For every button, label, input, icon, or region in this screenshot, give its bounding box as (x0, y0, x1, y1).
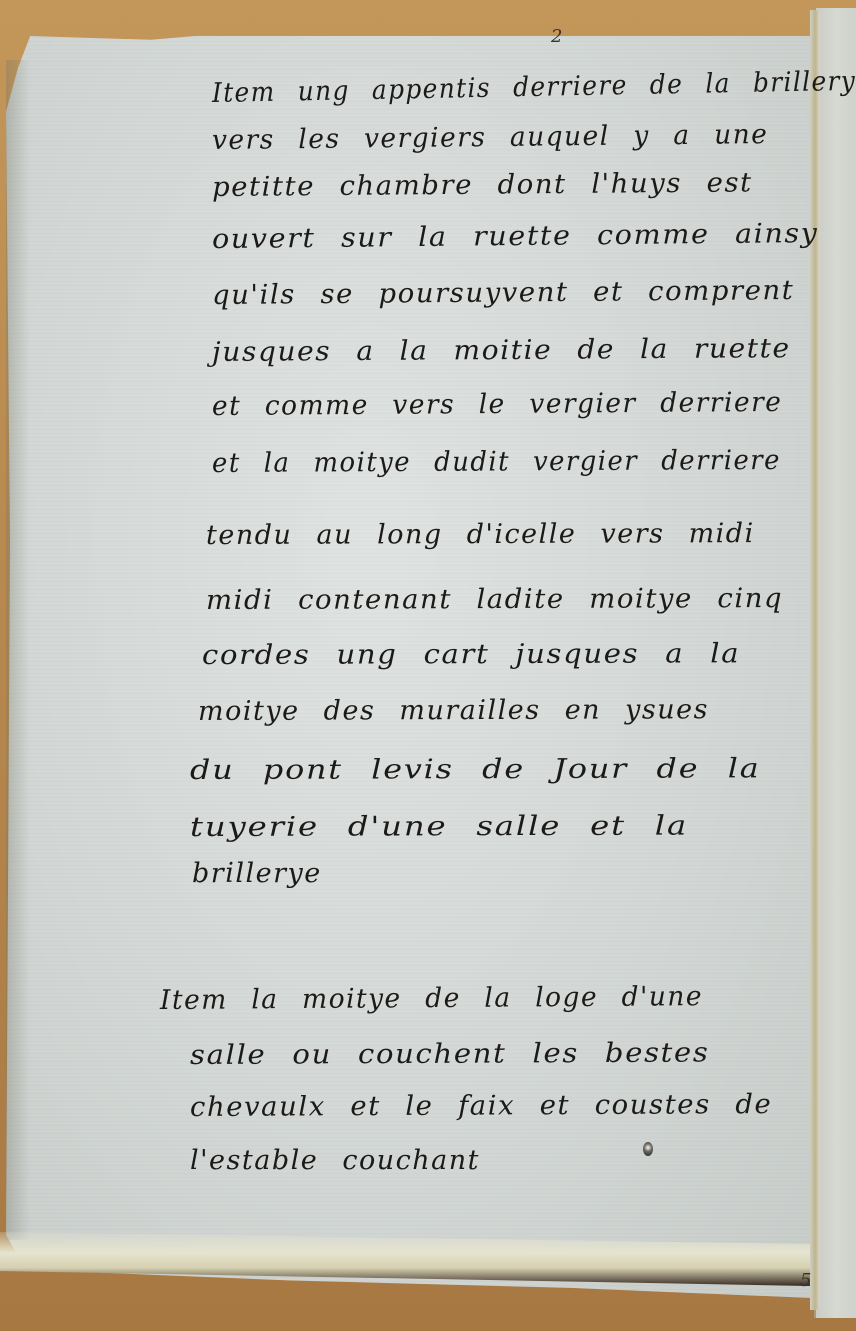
paragraph-1-line-8: et la moitye dudit vergier derriere (212, 445, 781, 479)
paragraph-2-line-1: Item la moitye de la loge d'une (160, 981, 703, 1016)
paragraph-1-line-6: jusques a la moitie de la ruette (212, 333, 791, 368)
paragraph-1-line-12: moitye des murailles en ysues (198, 694, 709, 727)
paragraph-1-line-2: vers les vergiers auquel y a une (212, 119, 769, 156)
top-mark: 2 (551, 26, 562, 47)
paragraph-1-line-3: petitte chambre dont l'huys est (212, 167, 753, 203)
paragraph-1-line-14: tuyerie d'une salle et la (190, 811, 688, 843)
paper-hole (643, 1142, 653, 1156)
folio-mark: 5 (800, 1270, 811, 1291)
paragraph-1-line-10: midi contenant ladite moitye cinq (206, 583, 783, 616)
manuscript-text: 2 Item ung appentis derriere de la brill… (0, 0, 856, 1331)
paragraph-1-line-9: tendu au long d'icelle vers midi (206, 518, 755, 551)
paragraph-2-line-3: chevaulx et le faix et coustes de (190, 1089, 772, 1123)
paragraph-1-line-5: qu'ils se poursuyvent et comprent (212, 275, 795, 311)
paragraph-2-line-4: l'estable couchant (190, 1145, 480, 1176)
paragraph-1-line-13: du pont levis de Jour de la (190, 753, 761, 786)
paragraph-1-line-15: brillerye (192, 858, 322, 889)
paragraph-1-line-4: ouvert sur la ruette comme ainsy (212, 218, 819, 255)
paragraph-1-line-1: Item ung appentis derriere de la briller… (212, 65, 856, 109)
paragraph-2-line-2: salle ou couchent les bestes (190, 1037, 710, 1071)
paragraph-1-line-11: cordes ung cart jusques a la (202, 638, 740, 671)
paragraph-1-line-7: et comme vers le vergier derriere (212, 387, 782, 422)
